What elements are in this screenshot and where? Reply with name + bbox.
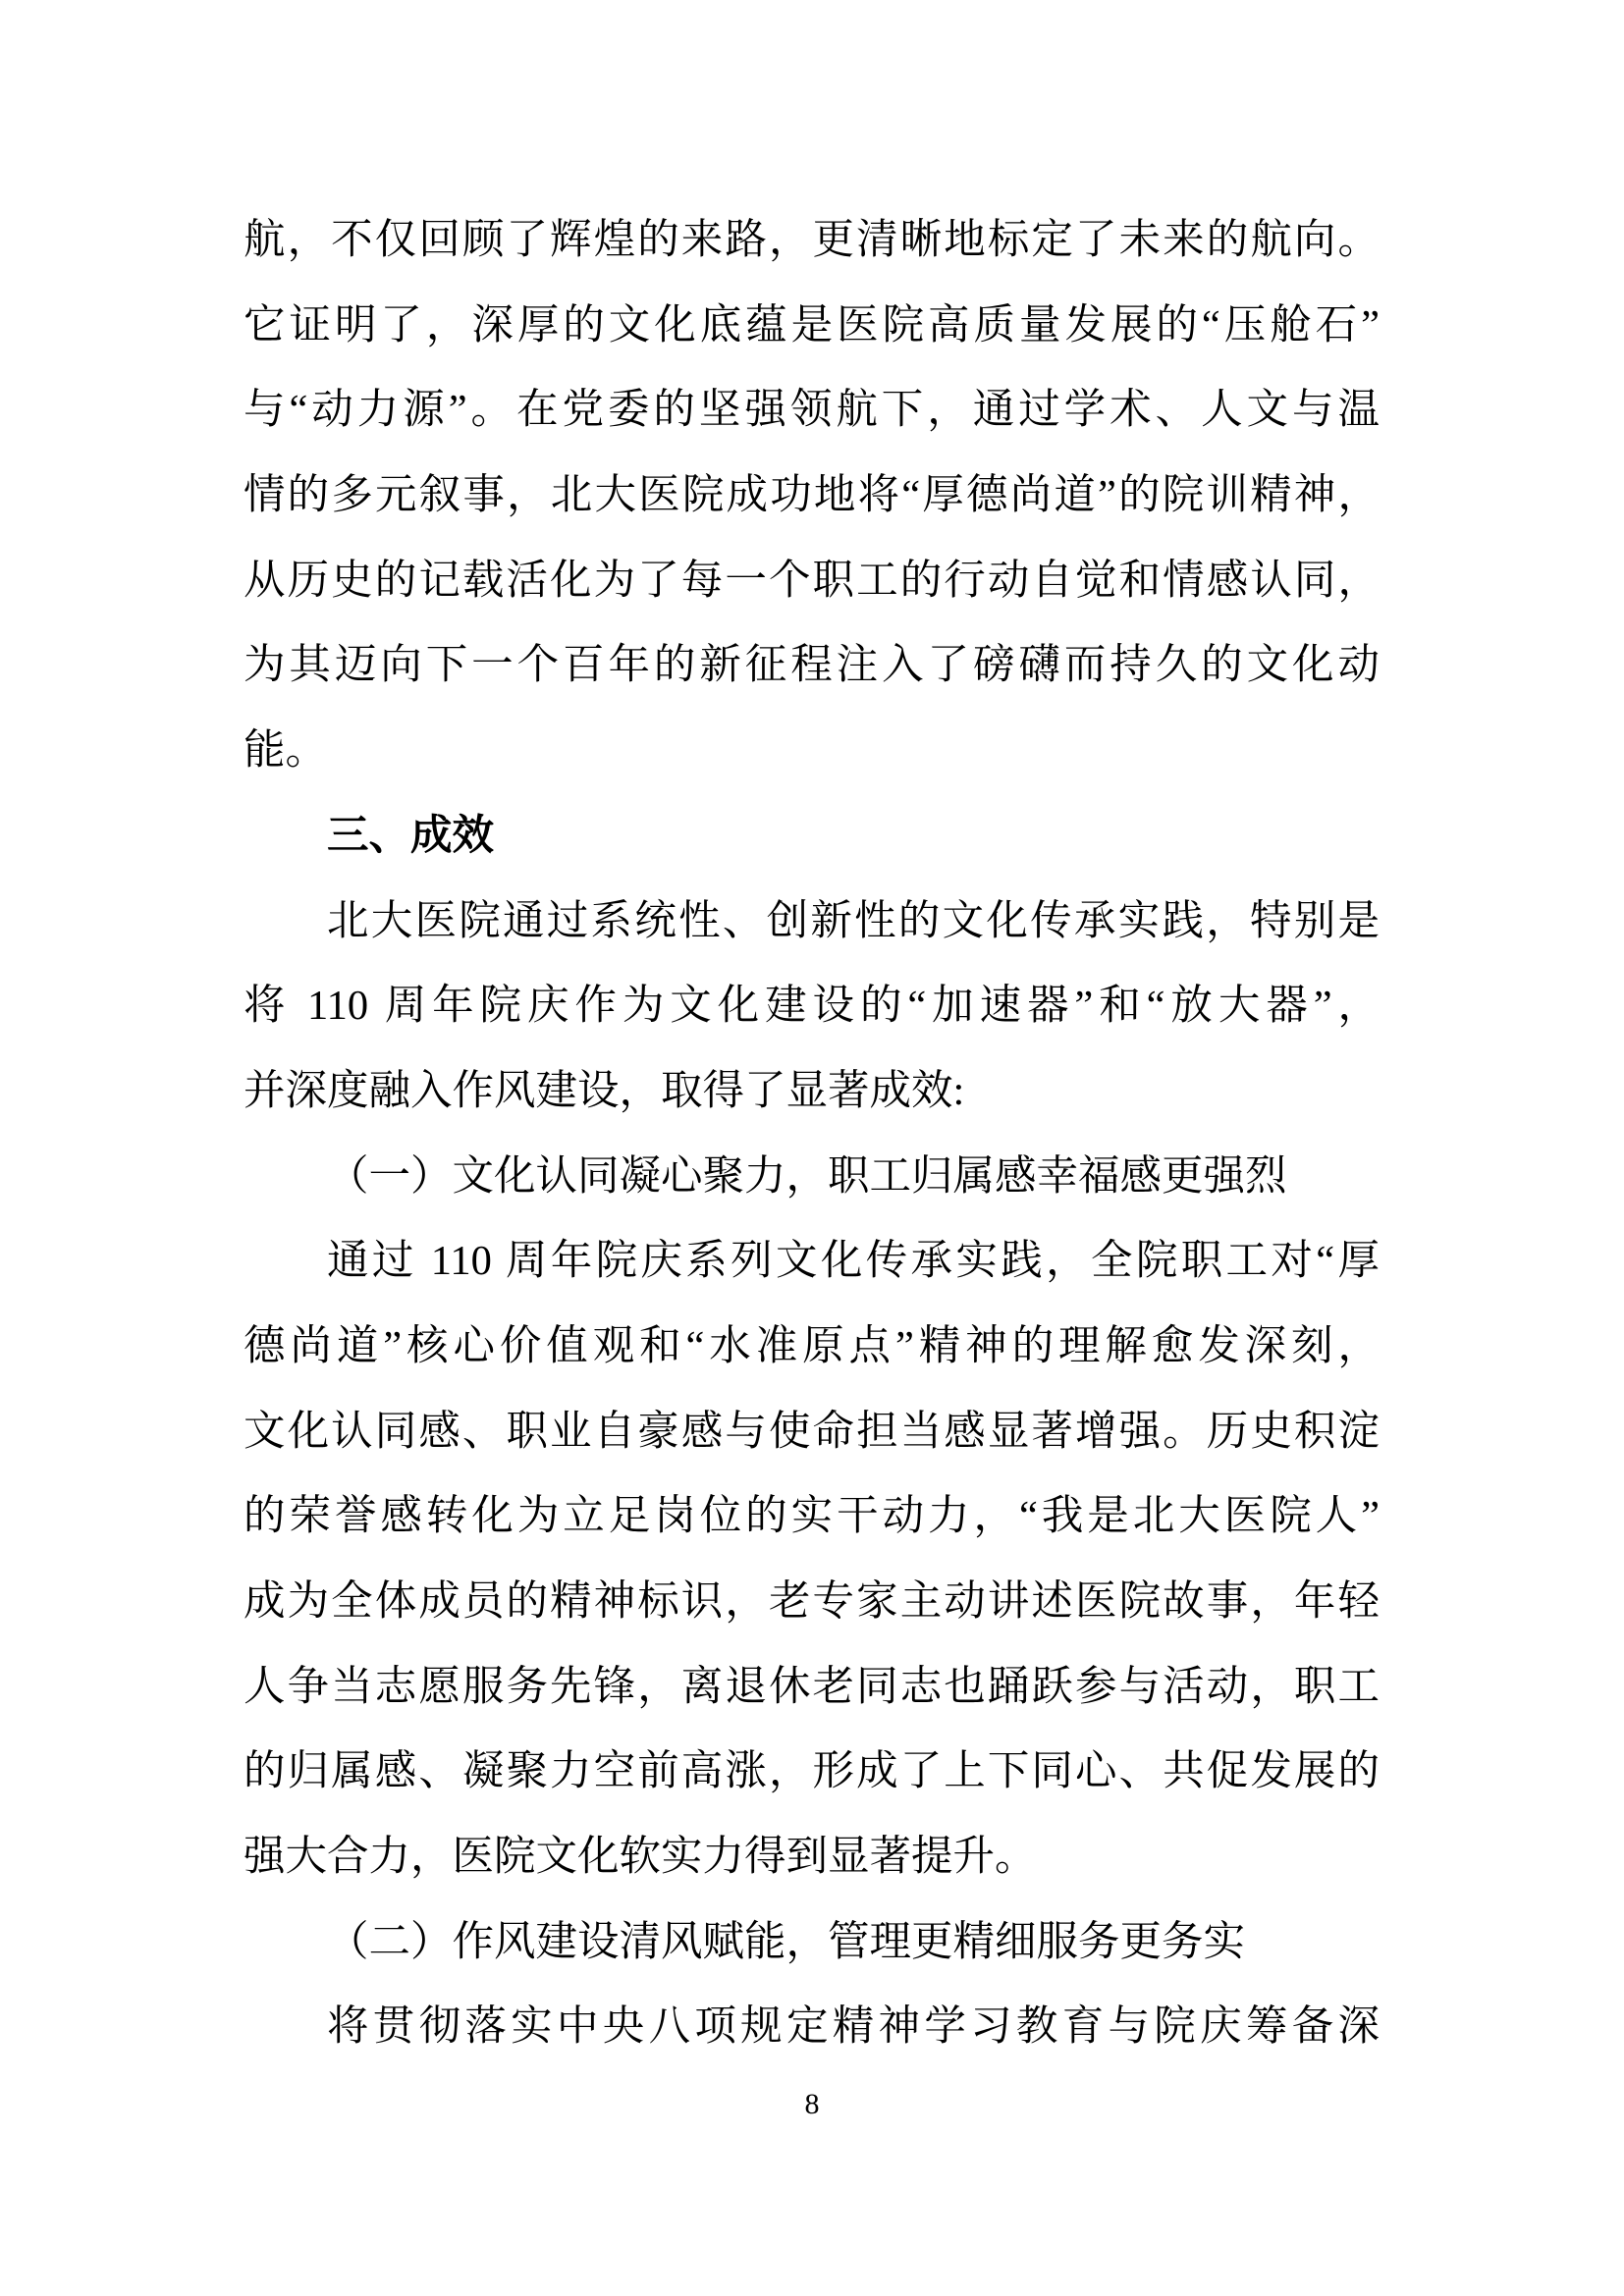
text-line: 德尚道”核心价值观和“水准原点”精神的理解愈发深刻， [244,1305,1380,1390]
document-page: 航，不仅回顾了辉煌的来路，更清晰地标定了未来的航向。它证明了，深厚的文化底蕴是医… [0,0,1624,2296]
text-line: 能。 [244,709,1380,794]
text-line: 文化认同感、职业自豪感与使命担当感显著增强。历史积淀 [244,1390,1380,1475]
text-line: 航，不仅回顾了辉煌的来路，更清晰地标定了未来的航向。 [244,198,1380,284]
text-line: 与“动力源”。在党委的坚强领航下，通过学术、人文与温 [244,368,1380,454]
text-line: 为其迈向下一个百年的新征程注入了磅礴而持久的文化动 [244,623,1380,709]
subsection-heading: （二）作风建设清风赋能，管理更精细服务更务实 [244,1900,1380,1986]
text-line: 情的多元叙事，北大医院成功地将“厚德尚道”的院训精神， [244,454,1380,539]
text-line: 的归属感、凝聚力空前高涨，形成了上下同心、共促发展的 [244,1730,1380,1815]
text-line: 它证明了，深厚的文化底蕴是医院高质量发展的“压舱石” [244,284,1380,369]
text-line: 将贯彻落实中央八项规定精神学习教育与院庆筹备深 [244,1985,1380,2070]
text-line: 成为全体成员的精神标识，老专家主动讲述医院故事，年轻 [244,1560,1380,1645]
text-line: 强大合力，医院文化软实力得到显著提升。 [244,1815,1380,1900]
text-line: 北大医院通过系统性、创新性的文化传承实践，特别是 [244,880,1380,965]
text-line: 通过 110 周年院庆系列文化传承实践，全院职工对“厚 [244,1219,1380,1305]
document-body: 航，不仅回顾了辉煌的来路，更清晰地标定了未来的航向。它证明了，深厚的文化底蕴是医… [244,198,1380,2070]
section-heading: 三、成效 [244,794,1380,880]
subsection-heading: （一）文化认同凝心聚力，职工归属感幸福感更强烈 [244,1135,1380,1220]
text-line: 将 110 周年院庆作为文化建设的“加速器”和“放大器”， [244,964,1380,1049]
page-number: 8 [0,2087,1624,2122]
text-line: 的荣誉感转化为立足岗位的实干动力，“我是北大医院人” [244,1474,1380,1560]
text-line: 并深度融入作风建设，取得了显著成效: [244,1049,1380,1135]
text-line: 人争当志愿服务先锋，离退休老同志也踊跃参与活动，职工 [244,1645,1380,1731]
text-line: 从历史的记载活化为了每一个职工的行动自觉和情感认同， [244,539,1380,624]
